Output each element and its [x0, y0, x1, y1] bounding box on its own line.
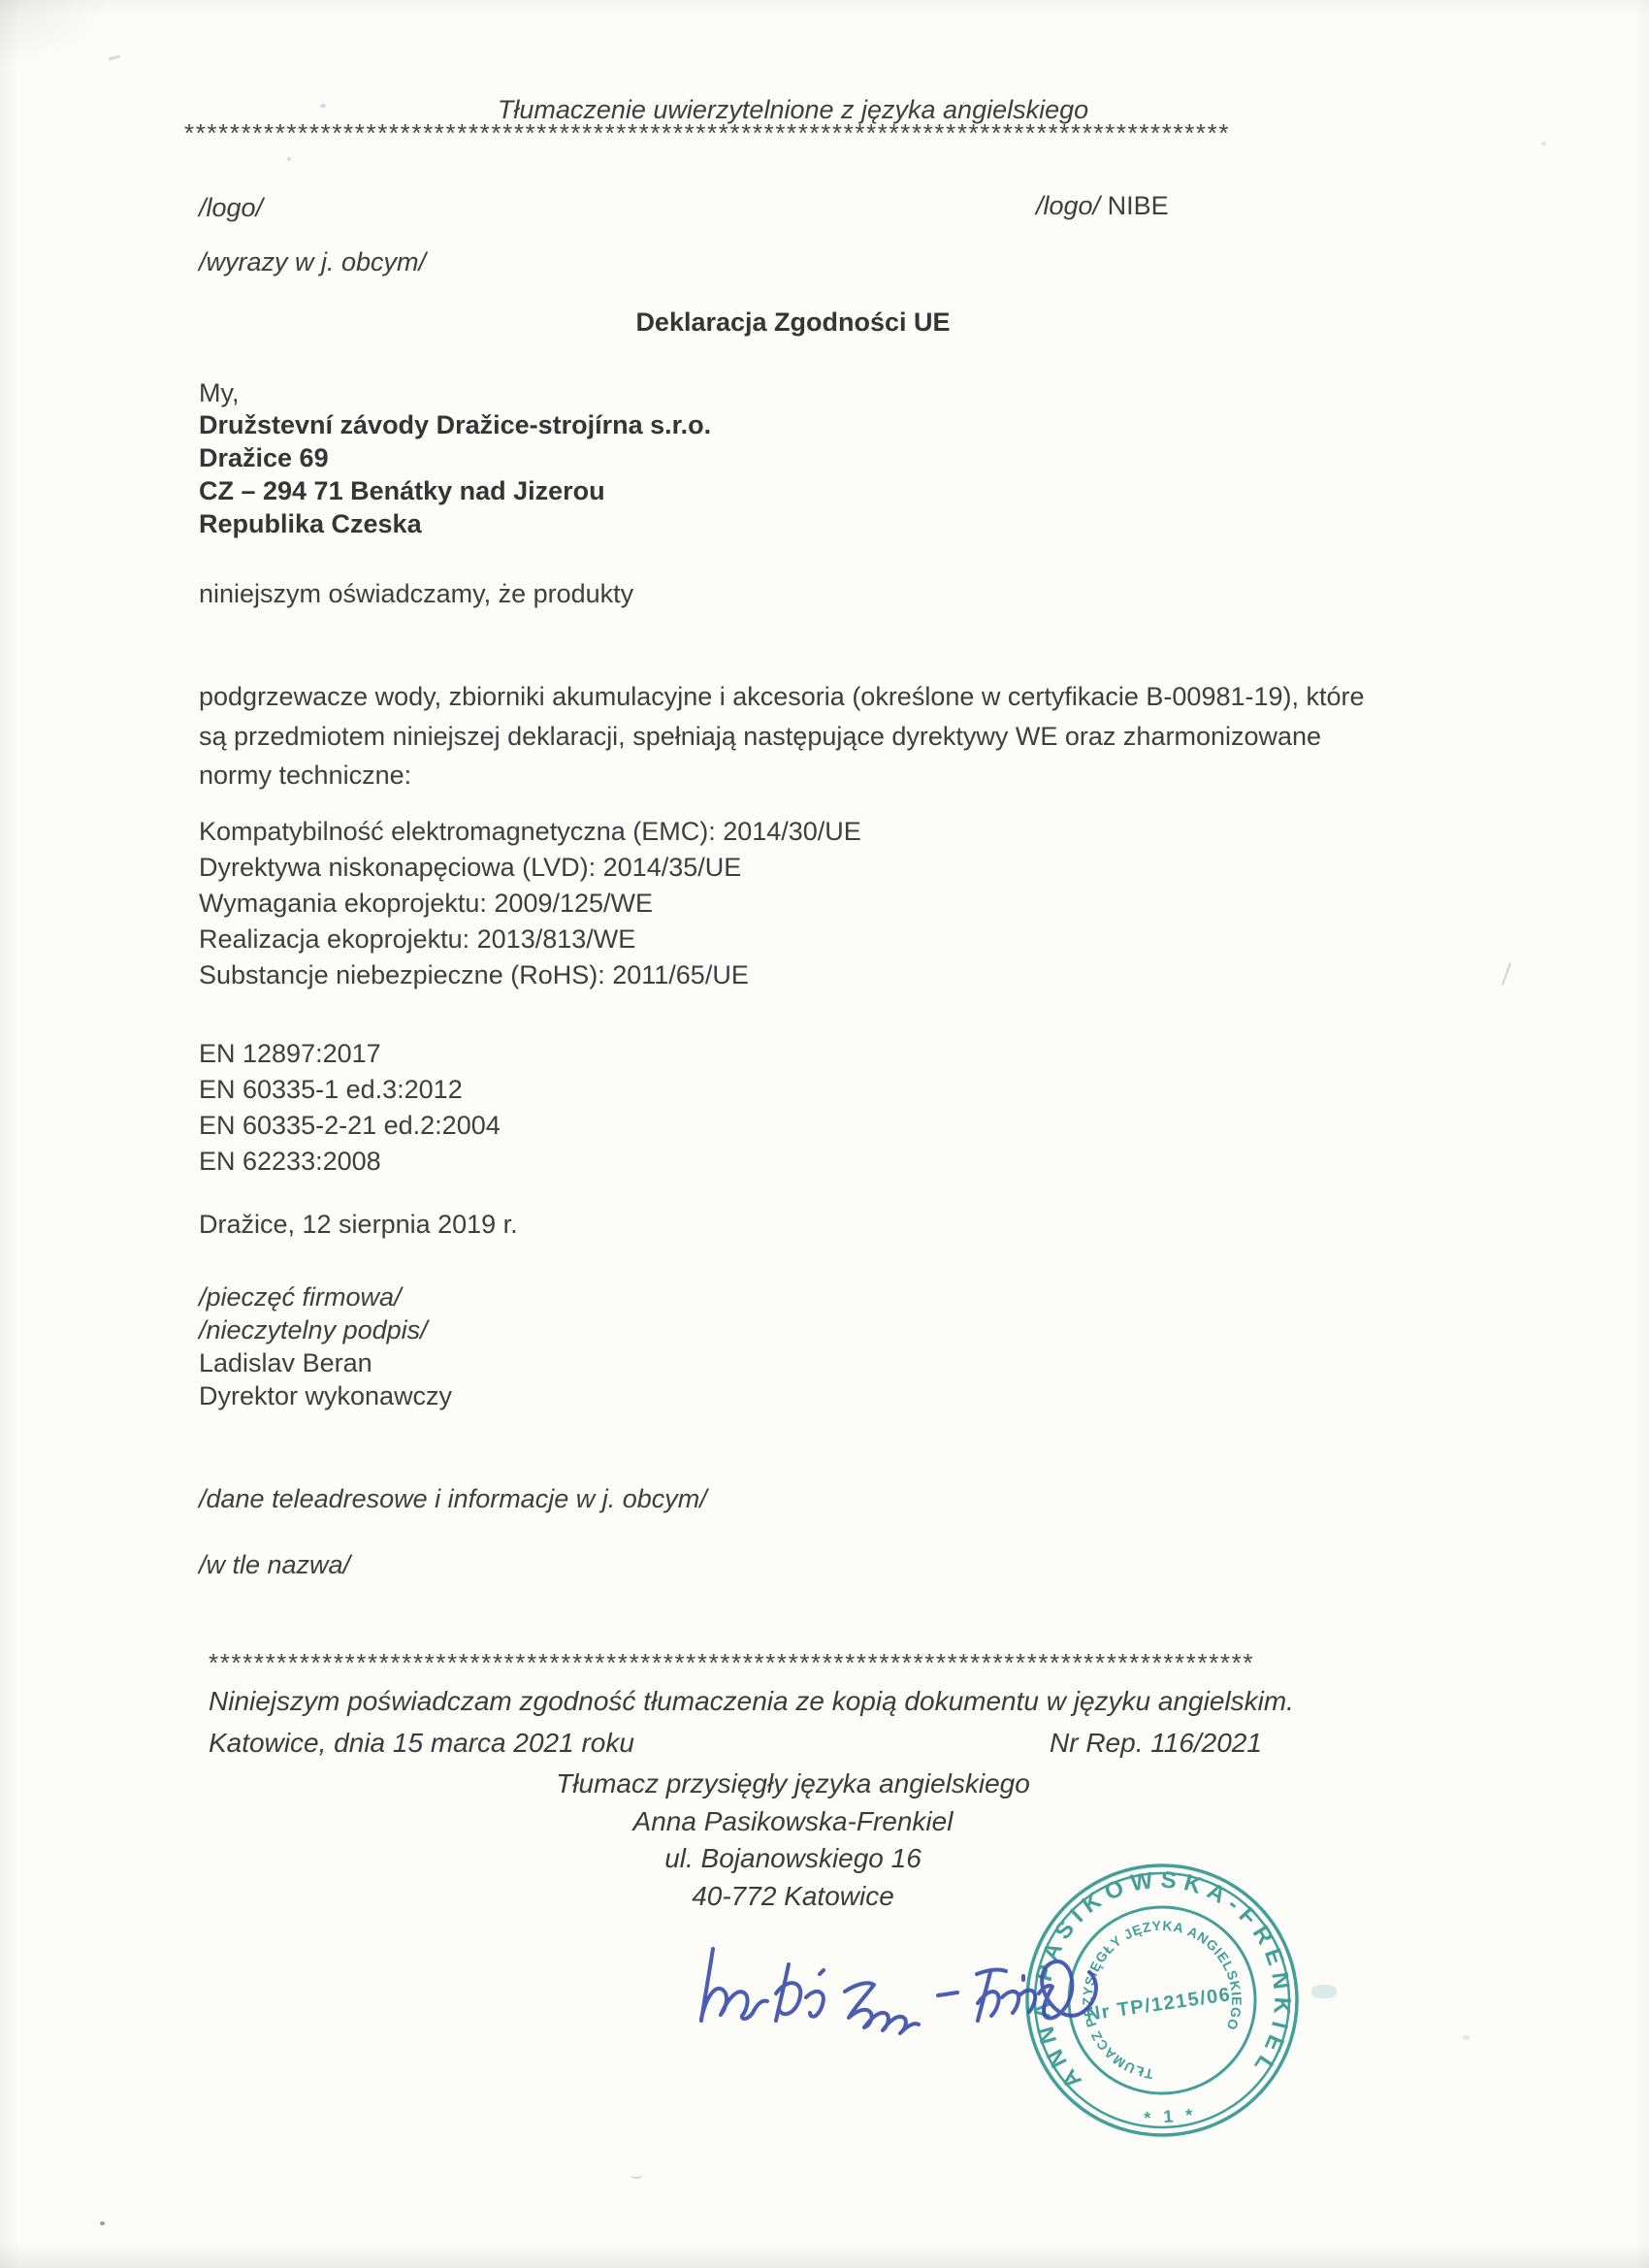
repertory-number: Nr Rep. 116/2021 [1050, 1727, 1262, 1760]
signature-stroke-middle [776, 1964, 824, 2021]
signatory-position: Dyrektor wykonawczy [199, 1379, 452, 1412]
separator-line-bottom: ****************************************… [209, 1648, 1419, 1678]
company-name: Družstevní závody Dražice-strojírna s.r.… [199, 408, 711, 441]
scan-speck-cyan-1 [320, 104, 326, 108]
scan-stray-slash [1502, 962, 1511, 985]
signatory-block: /pieczęć firmowa/ /nieczytelny podpis/ L… [199, 1280, 452, 1412]
standard-en-12897: EN 12897:2017 [199, 1036, 501, 1072]
company-address-line3: Republika Czeska [199, 507, 711, 540]
stamp-bottom-mark: * 1 * [1144, 2105, 1197, 2128]
nibe-brand-text: NIBE [1108, 191, 1169, 220]
scan-speck-cyan-2 [287, 157, 291, 161]
company-stamp-note: /pieczęć firmowa/ [199, 1280, 452, 1313]
scope-paragraph: podgrzewacze wody, zbiorniki akumulacyjn… [199, 677, 1406, 795]
company-address-line2: CZ – 294 71 Benátky nad Jizerou [199, 474, 711, 507]
declaration-intro: niniejszym oświadczamy, że produkty [199, 578, 633, 609]
certification-place-date: Katowice, dnia 15 marca 2021 roku [209, 1727, 634, 1760]
standard-en-60335-1: EN 60335-1 ed.3:2012 [199, 1072, 501, 1108]
scope-paragraph-line3: normy techniczne: [199, 756, 1406, 795]
handwritten-signature [674, 1935, 1111, 2052]
logo-placeholder-left: /logo/ [199, 192, 263, 223]
scan-stray-pencil-mark [109, 54, 120, 60]
directive-rohs: Substancje niebezpieczne (RoHS): 2011/65… [199, 957, 861, 993]
directive-ecodesign-implementation: Realizacja ekoprojektu: 2013/813/WE [199, 922, 861, 957]
standards-list: EN 12897:2017 EN 60335-1 ed.3:2012 EN 60… [199, 1036, 501, 1180]
signature-stroke-hyphen [938, 1993, 957, 1995]
scan-stray-arc [630, 2171, 642, 2179]
directives-list: Kompatybilność elektromagnetyczna (EMC):… [199, 814, 861, 993]
scan-speck-cyan-4 [1463, 2035, 1470, 2040]
scan-speck-cyan-3 [1541, 142, 1546, 146]
salutation: My, [199, 377, 240, 408]
directive-emc: Kompatybilność elektromagnetyczna (EMC):… [199, 814, 861, 850]
scope-paragraph-line1: podgrzewacze wody, zbiorniki akumulacyjn… [199, 677, 1406, 717]
directive-ecodesign-requirements: Wymagania ekoprojektu: 2009/125/WE [199, 886, 861, 922]
scanned-document-page: Tłumaczenie uwierzytelnione z języka ang… [0, 0, 1649, 2268]
signature-stroke-surname [845, 1983, 919, 2033]
scan-smudge-cyan [1311, 1985, 1337, 1998]
signature-stroke-initials [701, 1949, 767, 2021]
signature-stroke-ending [977, 1961, 1096, 2021]
separator-line-top: ****************************************… [184, 118, 1395, 148]
logo-placeholder-right: /logo/ NIBE [1036, 190, 1169, 221]
illegible-signature-note: /nieczytelny podpis/ [199, 1313, 452, 1346]
translator-title: Tłumacz przysięgły języka angielskiego [199, 1766, 1387, 1803]
signatory-name: Ladislav Beran [199, 1346, 452, 1379]
foreign-words-note: /wyrazy w j. obcym/ [199, 246, 426, 277]
scan-speck-dark [100, 2221, 105, 2225]
logo-placeholder-right-label: /logo/ [1036, 191, 1100, 220]
issue-place-date: Dražice, 12 sierpnia 2019 r. [199, 1209, 518, 1240]
background-name-note: /w tle nazwa/ [199, 1549, 350, 1580]
scope-paragraph-line2: są przedmiotem niniejszej deklaracji, sp… [199, 717, 1406, 757]
document-title: Deklaracja Zgodności UE [199, 307, 1387, 338]
contact-details-note: /dane teleadresowe i informacje w j. obc… [199, 1483, 707, 1514]
directive-lvd: Dyrektywa niskonapęciowa (LVD): 2014/35/… [199, 850, 861, 886]
company-address-line1: Dražice 69 [199, 441, 711, 474]
standard-en-60335-2-21: EN 60335-2-21 ed.2:2004 [199, 1108, 501, 1144]
certification-statement: Niniejszym poświadczam zgodność tłumacze… [209, 1685, 1294, 1718]
company-block: Družstevní závody Dražice-strojírna s.r.… [199, 408, 711, 540]
standard-en-62233: EN 62233:2008 [199, 1144, 501, 1180]
